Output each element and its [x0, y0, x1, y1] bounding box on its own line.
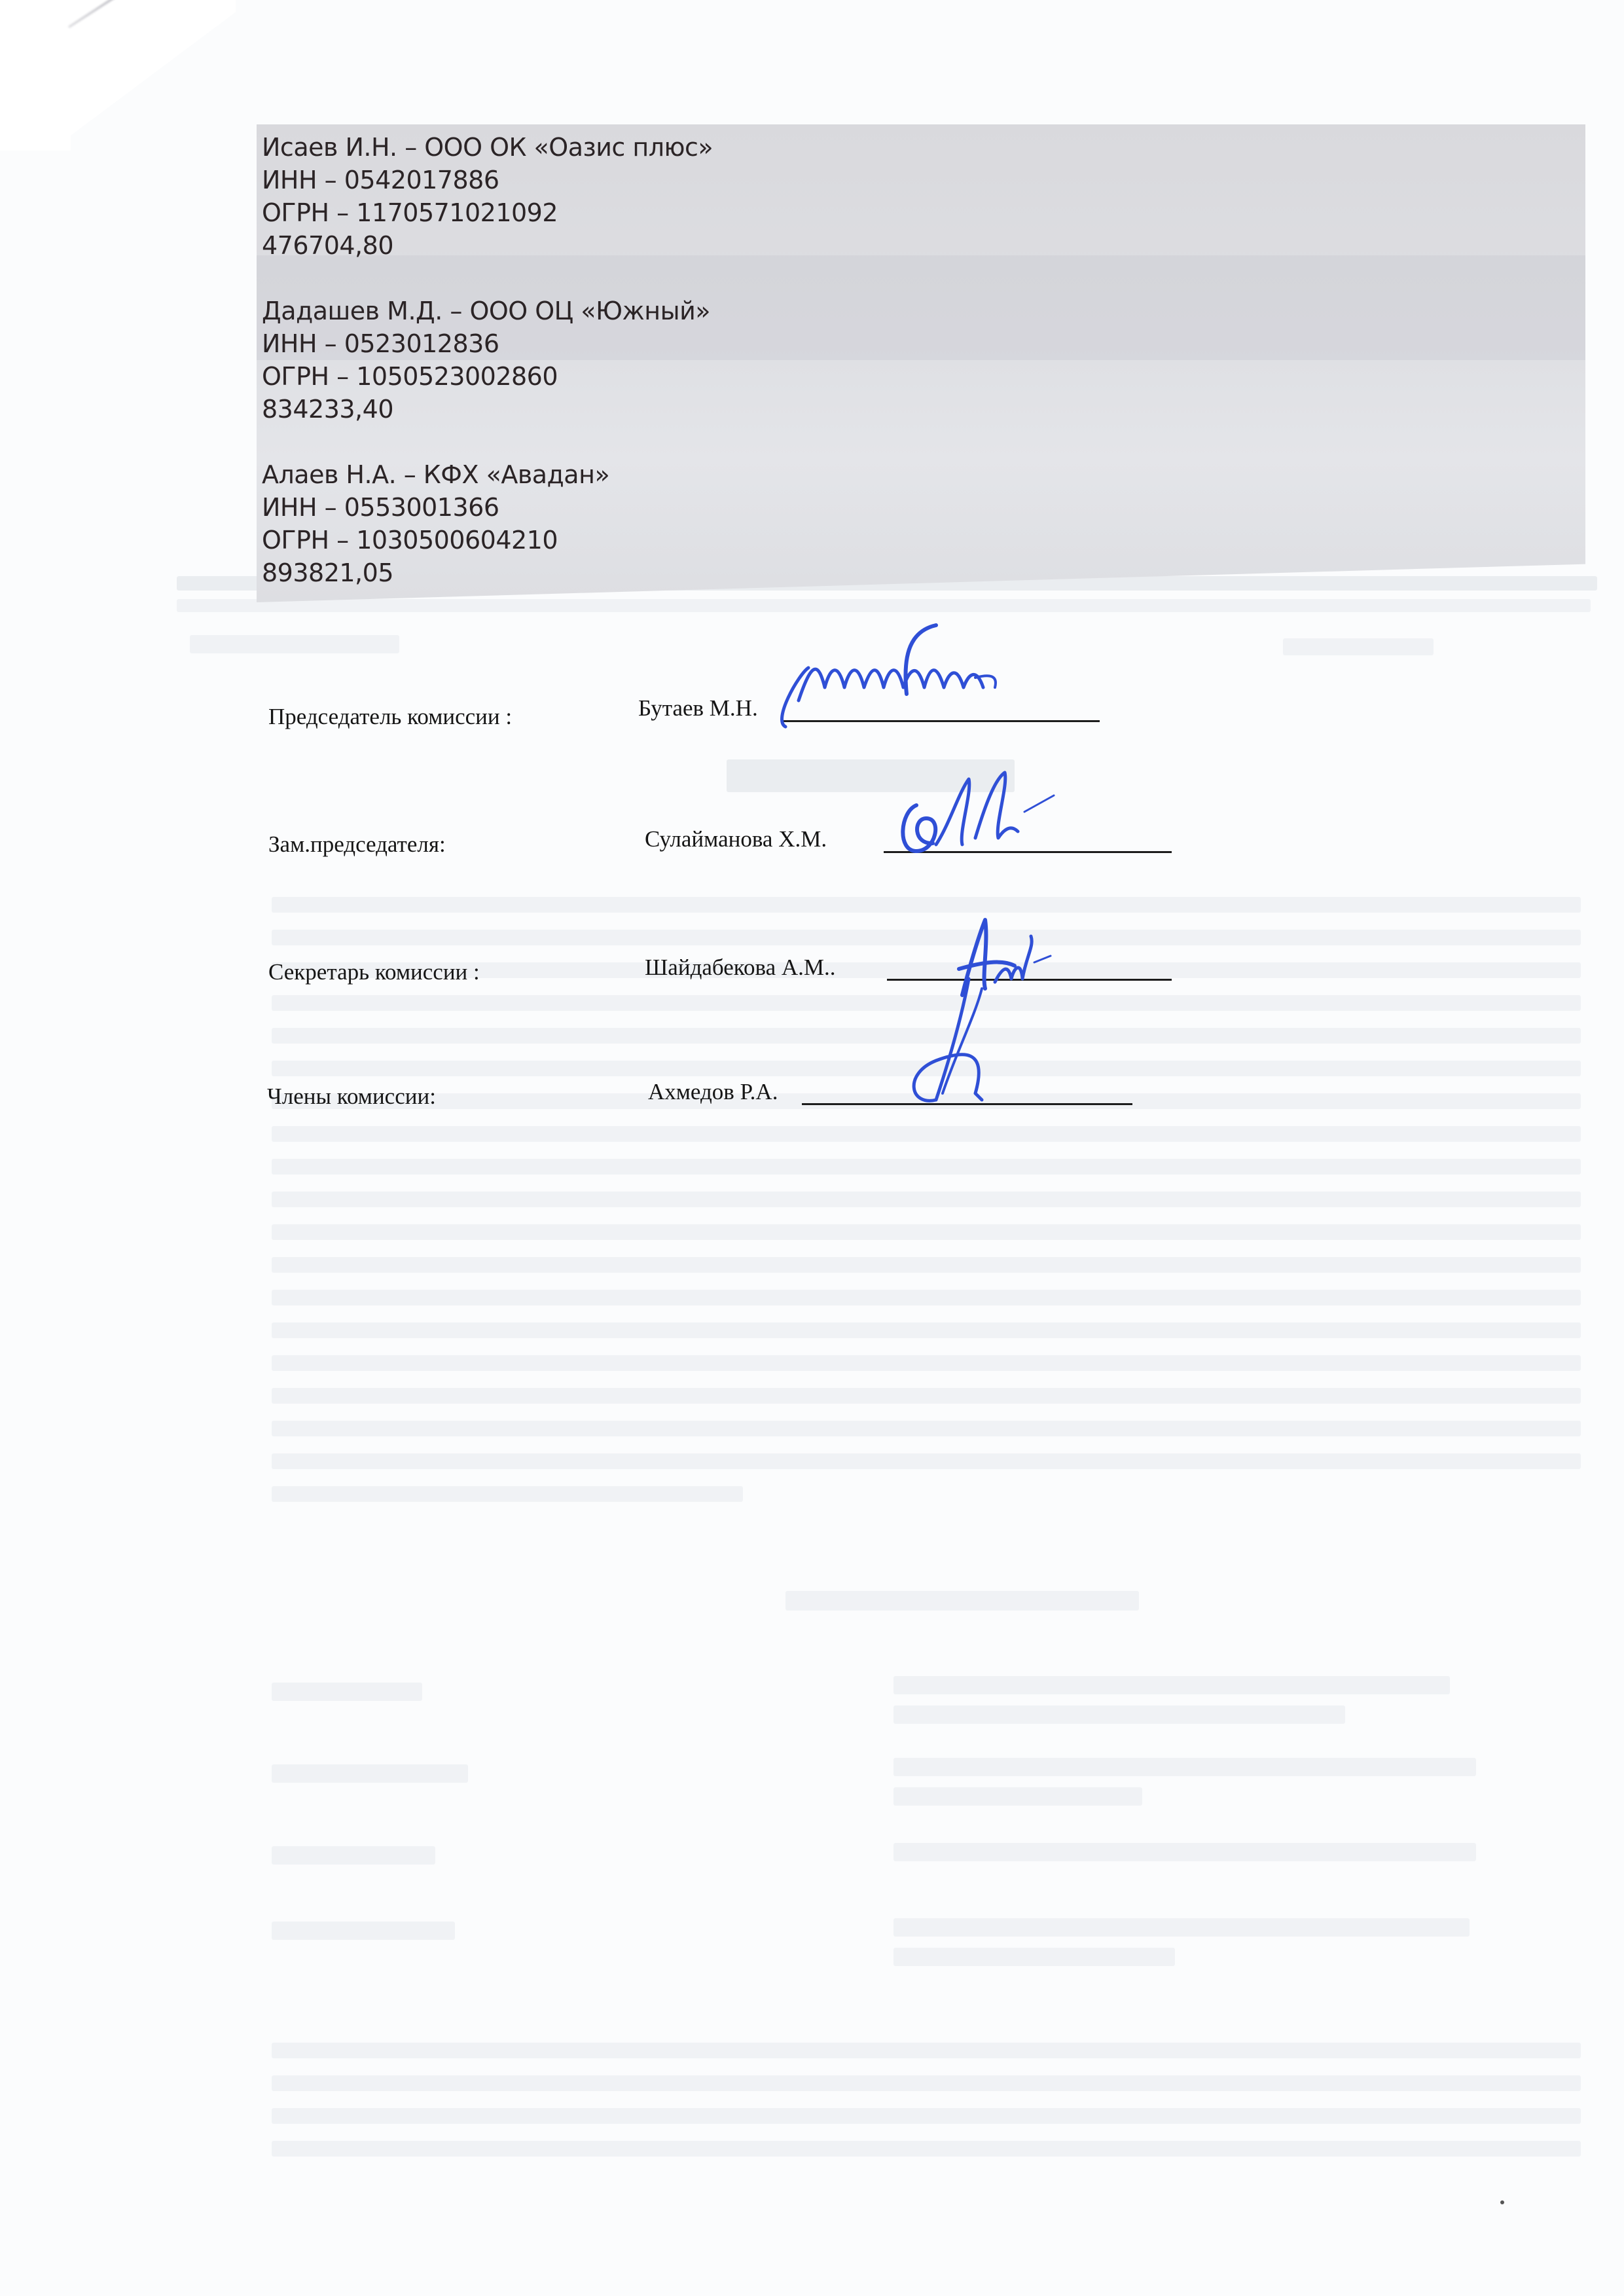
signature-role-members: Члены комиссии: — [267, 1084, 436, 1110]
scan-speck — [1500, 2200, 1504, 2204]
signature-name-members: Ахмедов Р.А. — [648, 1079, 778, 1105]
entry-head: Исаев И.Н. – ООО ОК «Оазис плюс» — [262, 131, 713, 164]
entry-amount: 834233,40 — [262, 393, 713, 426]
entry-head: Алаев Н.А. – КФХ «Авадан» — [262, 458, 713, 491]
entry-amount: 893821,05 — [262, 556, 713, 589]
entries-list: Исаев И.Н. – ООО ОК «Оазис плюс» ИНН – 0… — [262, 131, 713, 622]
entry-ogrn: ОГРН – 1050523002860 — [262, 360, 713, 393]
entry-item: Алаев Н.А. – КФХ «Авадан» ИНН – 05530013… — [262, 458, 713, 589]
handwritten-signature-icon — [897, 975, 1028, 1113]
signature-name-deputy: Сулайманова Х.М. — [645, 826, 827, 852]
signature-name-chairman: Бутаев М.Н. — [638, 695, 758, 721]
entry-amount: 476704,80 — [262, 229, 713, 262]
entry-inn: ИНН – 0542017886 — [262, 164, 713, 196]
signature-name-secretary: Шайдабекова А.М.. — [645, 955, 836, 981]
signature-role-chairman: Председатель комиссии : — [268, 704, 512, 730]
handwritten-signature-icon — [772, 622, 1113, 733]
entry-item: Исаев И.Н. – ООО ОК «Оазис плюс» ИНН – 0… — [262, 131, 713, 262]
entry-inn: ИНН – 0523012836 — [262, 327, 713, 360]
handwritten-signature-icon — [897, 766, 1067, 864]
entry-item: Дадашев М.Д. – ООО ОЦ «Южный» ИНН – 0523… — [262, 295, 713, 426]
entry-head: Дадашев М.Д. – ООО ОЦ «Южный» — [262, 295, 713, 327]
entry-inn: ИНН – 0553001366 — [262, 491, 713, 524]
signature-role-deputy: Зам.председателя: — [268, 831, 446, 858]
signature-role-secretary: Секретарь комиссии : — [268, 959, 480, 985]
entry-ogrn: ОГРН – 1030500604210 — [262, 524, 713, 556]
entry-ogrn: ОГРН – 1170571021092 — [262, 196, 713, 229]
